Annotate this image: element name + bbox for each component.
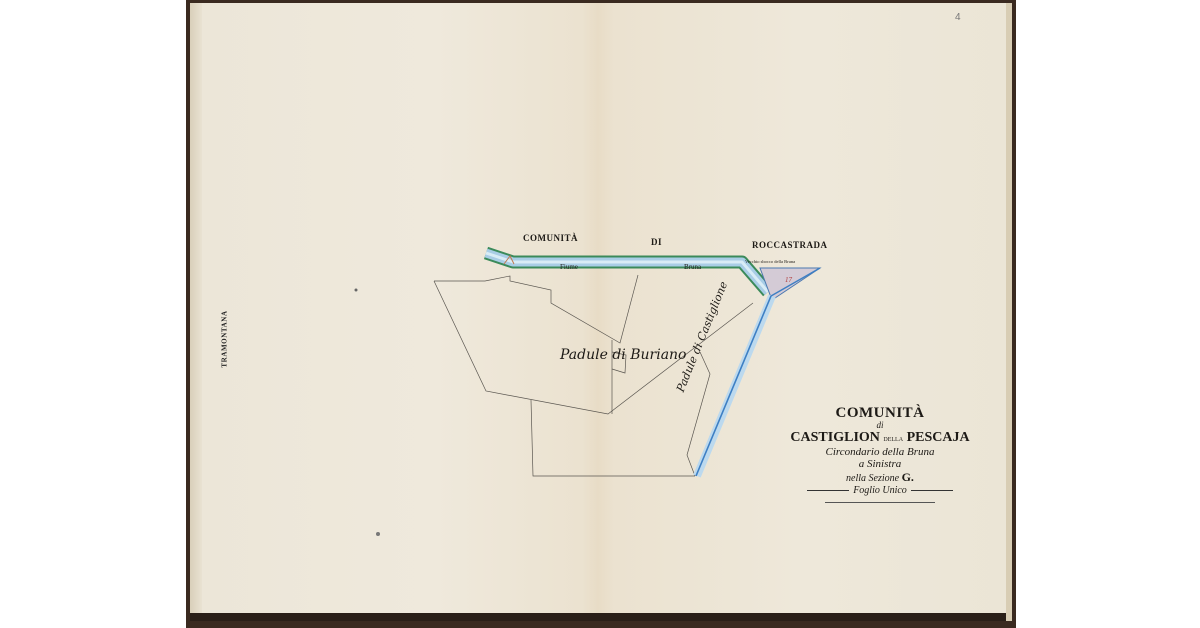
parcel-number: 17	[785, 276, 792, 284]
ink-spot	[355, 289, 358, 292]
folio-number: 4	[955, 12, 961, 23]
area-label-padule-buriano: Padule di Buriano	[560, 347, 687, 363]
parcel-boundaries	[434, 275, 753, 476]
ink-spot	[376, 532, 380, 536]
rule-left	[807, 490, 849, 491]
cartouche-section: nella Sezione G.	[790, 470, 970, 485]
river-label-fiume: Fiume	[560, 263, 578, 271]
title-cartouche: COMUNITÀ di CASTIGLION DELLA PESCAJA Cir…	[790, 405, 970, 503]
rule-right	[911, 490, 953, 491]
neighbor-label-comunita: COMUNITÀ	[523, 233, 578, 243]
cartouche-castiglion: CASTIGLION	[790, 430, 879, 445]
river-mouth-label: Vecchio sbocco della Bruna	[745, 259, 795, 264]
cartouche-pescaja: PESCAJA	[907, 430, 970, 445]
cartouche-circondario: Circondario della Bruna	[790, 446, 970, 458]
cartouche-section-label: nella Sezione	[846, 473, 899, 484]
cartouche-sheet: Foglio Unico	[790, 485, 970, 496]
neighbor-label-roccastrada: ROCCASTRADA	[752, 240, 828, 250]
neighbor-label-di: DI	[651, 237, 662, 247]
cartouche-foglio: Foglio Unico	[853, 485, 907, 496]
river-label-bruna: Bruna	[684, 263, 701, 271]
cartouche-della: DELLA	[883, 437, 903, 443]
cartouche-di: di	[790, 420, 970, 430]
cartouche-side: a Sinistra	[790, 458, 970, 470]
cartouche-underline	[825, 502, 935, 503]
north-orientation-label: TRAMONTANA	[221, 310, 229, 367]
cartouche-place-name: CASTIGLION DELLA PESCAJA	[790, 430, 970, 446]
cadastral-drawing	[0, 0, 1200, 628]
cartouche-section-letter: G.	[902, 470, 914, 484]
